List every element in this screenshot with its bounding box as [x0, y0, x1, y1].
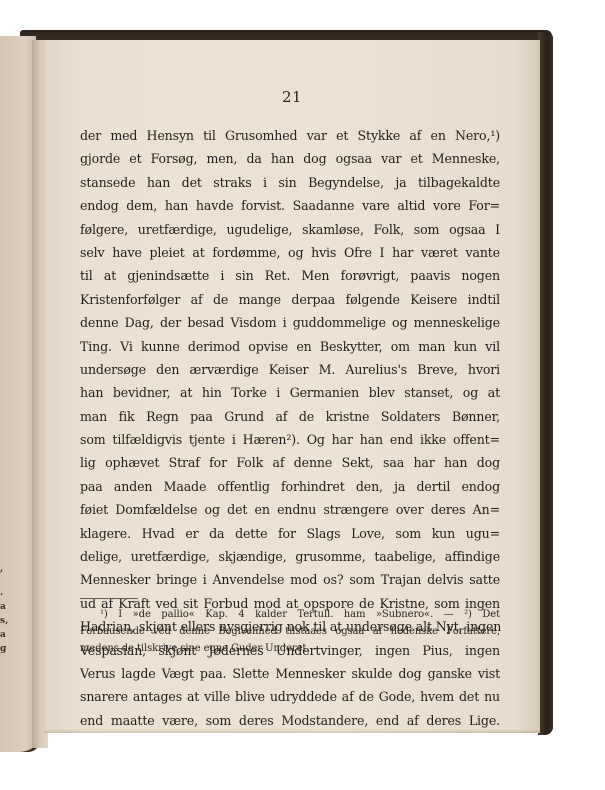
footnote-line: Forbausende ved denne Begivenhed tilstaa…: [80, 623, 500, 640]
text-line: undersøge den ærværdige Keiser M. Aureli…: [80, 358, 500, 381]
text-line: lig ophævet Straf for Folk af denne Sekt…: [80, 451, 500, 474]
text-line: end maatte være, som deres Modstandere, …: [80, 709, 500, 732]
footnotes: ¹) I »de pallio« Kap. 4 kalder Tertull. …: [80, 606, 500, 657]
text-line: man fik Regn paa Grund af de kristne Sol…: [80, 405, 500, 428]
text-line: klagere. Hvad er da dette for Slags Love…: [80, 522, 500, 545]
text-line: Mennesker bringe i Anvendelse mod os? so…: [80, 568, 500, 591]
book-cover-right-edge: [538, 32, 553, 735]
left-page-fragment: a: [0, 602, 6, 612]
text-line: snarere antages at ville blive udryddede…: [80, 685, 500, 708]
open-book: , . a s, a g 21 der med Hensyn til Gruso…: [0, 0, 605, 790]
text-line: stansede han det straks i sin Begyndelse…: [80, 171, 500, 194]
text-line: føiet Domfældelse og det en endnu stræng…: [80, 498, 500, 521]
left-page-margin-text: , . a s, a g: [0, 36, 14, 752]
text-line: paa anden Maade offentlig forhindret den…: [80, 475, 500, 498]
left-page-fragment: a: [0, 630, 6, 640]
page-number: 21: [44, 88, 540, 106]
left-page-fragment: .: [0, 588, 3, 598]
text-line: Ting. Vi kunne derimod opvise en Beskytt…: [80, 335, 500, 358]
footnote-line: medens de tilskrive sine egne Guder Unde…: [80, 640, 500, 657]
text-line: han bevidner, at hin Torke i Germanien b…: [80, 381, 500, 404]
left-page-fragment: s,: [0, 616, 8, 626]
text-line: selv have pleiet at fordømme, og hvis Of…: [80, 241, 500, 264]
text-line: Verus lagde Vægt paa. Slette Mennesker s…: [80, 662, 500, 685]
text-line: som tilfældigvis tjente i Hæren²). Og ha…: [80, 428, 500, 451]
text-line: følgere, uretfærdige, ugudelige, skamløs…: [80, 218, 500, 241]
footnote-separator: [80, 598, 138, 599]
text-line: denne Dag, der besad Visdom i guddommeli…: [80, 311, 500, 334]
text-line: til at gjenindsætte i sin Ret. Men forøv…: [80, 264, 500, 287]
right-page: 21 der med Hensyn til Grusomhed var et S…: [44, 40, 540, 733]
text-line: der med Hensyn til Grusomhed var et Styk…: [80, 124, 500, 147]
text-line: Kristenforfølger af de mange derpaa følg…: [80, 288, 500, 311]
text-line: delige, uretfærdige, skjændige, grusomme…: [80, 545, 500, 568]
left-page-fragment: ,: [0, 564, 3, 574]
text-line: gjorde et Forsøg, men, da han dog ogsaa …: [80, 147, 500, 170]
footnote-line: ¹) I »de pallio« Kap. 4 kalder Tertull. …: [80, 606, 500, 623]
left-page-fragment: g: [0, 644, 6, 654]
text-line: endog dem, han havde forvist. Saadanne v…: [80, 194, 500, 217]
left-page: , . a s, a g: [0, 36, 36, 752]
